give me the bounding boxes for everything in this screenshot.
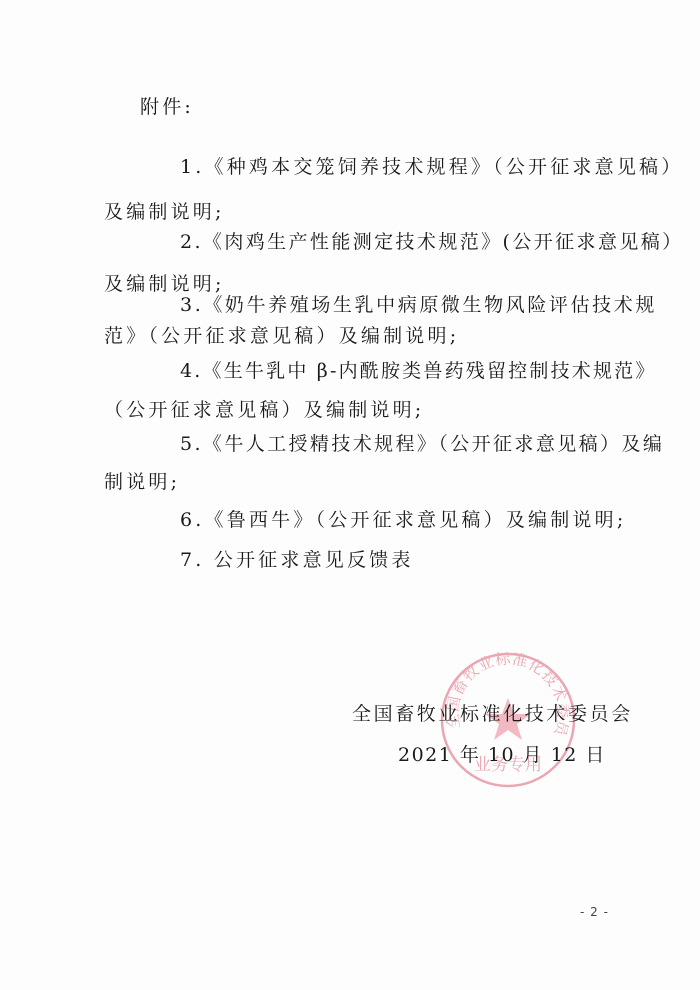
document-page: 附件: 1.《种鸡本交笼饲养技术规程》（公开征求意见稿） 及编制说明; 2.《肉…	[0, 0, 700, 990]
attachment-item-2-line1: 2.《肉鸡生产性能测定技术规范》(公开征求意见稿）	[180, 230, 684, 254]
attachment-item-1-line2: 及编制说明;	[104, 200, 225, 224]
attachment-item-4-line1: 4.《生牛乳中 β-内酰胺类兽药残留控制技术规范》	[180, 359, 657, 383]
page-number: - 2 -	[580, 905, 609, 919]
attachment-item-7: 7. 公开征求意见反馈表	[180, 548, 414, 572]
attachment-item-5-line2: 制说明;	[104, 470, 180, 494]
attachment-item-1-line1: 1.《种鸡本交笼饲养技术规程》（公开征求意见稿）	[180, 155, 683, 179]
signature-date: 2021 年 10 月 12 日	[398, 740, 606, 767]
attachment-item-5-line1: 5.《牛人工授精技术规程》（公开征求意见稿）及编	[180, 432, 664, 456]
attachment-item-3-line1: 3.《奶牛养殖场生乳中病原微生物风险评估技术规	[180, 293, 657, 317]
attachment-item-4-line2: （公开征求意见稿）及编制说明;	[104, 398, 424, 422]
attachment-item-6: 6.《鲁西牛》（公开征求意见稿）及编制说明;	[180, 508, 626, 532]
signature-organization: 全国畜牧业标准化技术委员会	[352, 699, 633, 726]
attachment-item-3-line2: 范》（公开征求意见稿）及编制说明;	[104, 324, 459, 348]
attachments-heading: 附件:	[140, 95, 194, 119]
